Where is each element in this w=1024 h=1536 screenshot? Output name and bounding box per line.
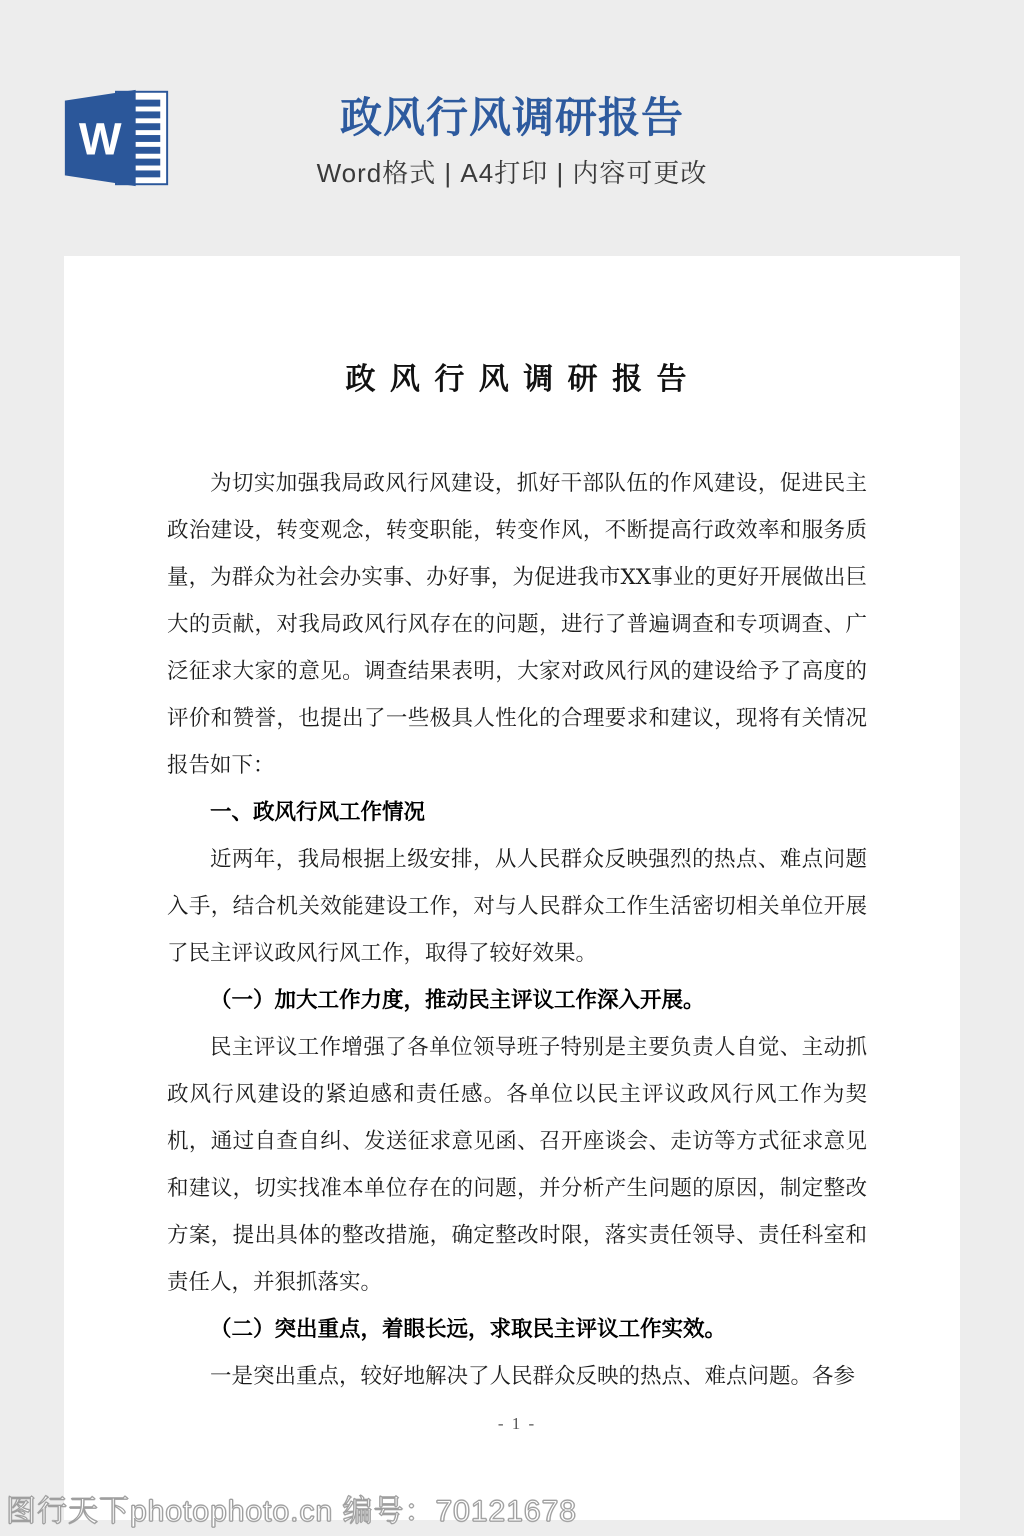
- word-icon-letter: W: [79, 114, 122, 165]
- doc-paragraph-intro: 为切实加强我局政风行风建设，抓好干部队伍的作风建设，促进民主政治建设，转变观念，…: [167, 460, 867, 789]
- document-title: 政 风 行 风 调 研 报 告: [167, 356, 867, 403]
- doc-paragraph-subsection-1: 民主评议工作增强了各单位领导班子特别是主要负责人自觉、主动抓政风行风建设的紧迫感…: [167, 1024, 867, 1306]
- doc-heading-subsection-1: （一）加大工作力度，推动民主评议工作深入开展。: [167, 977, 867, 1024]
- word-file-icon: W: [57, 86, 175, 190]
- site-watermark: 图行天下photophoto.cn 编号：70121678: [6, 1486, 577, 1530]
- doc-heading-section-1: 一、政风行风工作情况: [167, 789, 867, 836]
- document-page: 政 风 行 风 调 研 报 告 为切实加强我局政风行风建设，抓好干部队伍的作风建…: [64, 256, 960, 1520]
- page-number: - 1 -: [167, 1414, 867, 1434]
- document-body: 为切实加强我局政风行风建设，抓好干部队伍的作风建设，促进民主政治建设，转变观念，…: [167, 460, 867, 1400]
- doc-paragraph-subsection-2: 一是突出重点，较好地解决了人民群众反映的热点、难点问题。各参: [167, 1353, 867, 1400]
- doc-heading-subsection-2: （二）突出重点，着眼长远，求取民主评议工作实效。: [167, 1306, 867, 1353]
- site-header: W 政风行风调研报告 Word格式 | A4打印 | 内容可更改: [0, 0, 1024, 256]
- doc-paragraph-section-1: 近两年，我局根据上级安排，从人民群众反映强烈的热点、难点问题入手，结合机关效能建…: [167, 836, 867, 977]
